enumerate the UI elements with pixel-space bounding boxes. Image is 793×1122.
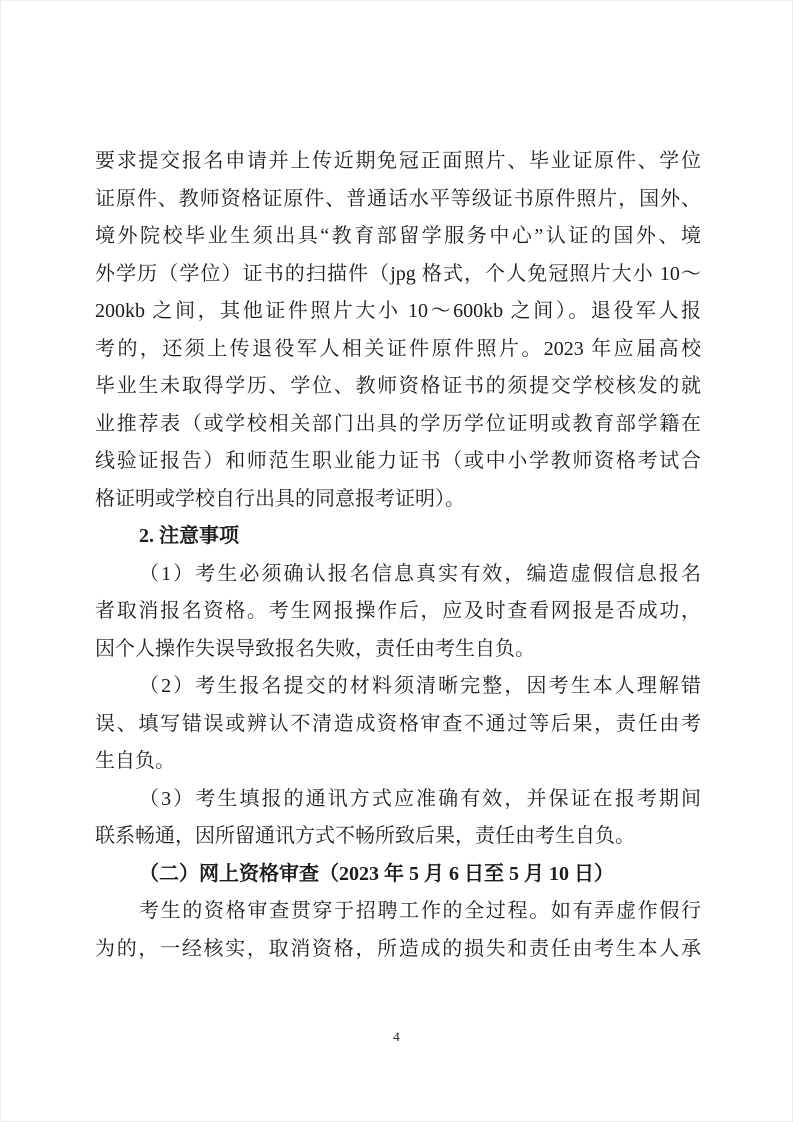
text-line: 200kb 之间，其他证件照片大小 10～600kb 之间）。退役军人报 [95, 293, 701, 331]
section-heading-notes: 2. 注意事项 [95, 518, 701, 556]
text-line: 误、填写错误或辨认不清造成资格审查不通过等后果，责任由考 [95, 706, 701, 744]
text-line: 毕业生未取得学历、学位、教师资格证书的须提交学校核发的就 [95, 368, 701, 406]
text-line: 者取消报名资格。考生网报操作后，应及时查看网报是否成功， [95, 593, 701, 631]
text-line: 联系畅通，因所留通讯方式不畅所致后果，责任由考生自负。 [95, 818, 701, 856]
text-line: 线验证报告）和师范生职业能力证书（或中小学教师资格考试合 [95, 443, 701, 481]
text-line: 境外院校毕业生须出具“教育部留学服务中心”认证的国外、境 [95, 218, 701, 256]
document-page: { "theme": { "background": "#ffffff", "t… [0, 0, 793, 1122]
text-line: 格证明或学校自行出具的同意报考证明）。 [95, 481, 701, 519]
text-line: （3）考生填报的通讯方式应准确有效，并保证在报考期间 [95, 781, 701, 819]
document-text-block: 要求提交报名申请并上传近期免冠正面照片、毕业证原件、学位 证原件、教师资格证原件… [95, 143, 701, 968]
text-line: 生自负。 [95, 743, 701, 781]
text-line: （1）考生必须确认报名信息真实有效，编造虚假信息报名 [95, 556, 701, 594]
text-line: （2）考生报名提交的材料须清晰完整，因考生本人理解错 [95, 668, 701, 706]
section-heading-online-review: （二）网上资格审查（2023 年 5 月 6 日至 5 月 10 日） [95, 856, 701, 894]
text-line: 证原件、教师资格证原件、普通话水平等级证书原件照片，国外、 [95, 181, 701, 219]
text-line: 要求提交报名申请并上传近期免冠正面照片、毕业证原件、学位 [95, 143, 701, 181]
text-line: 为的，一经核实，取消资格，所造成的损失和责任由考生本人承 [95, 931, 701, 969]
text-line: 业推荐表（或学校相关部门出具的学历学位证明或教育部学籍在 [95, 406, 701, 444]
text-line: 考生的资格审查贯穿于招聘工作的全过程。如有弄虚作假行 [95, 893, 701, 931]
page-number: 4 [1, 1029, 792, 1045]
text-line: 外学历（学位）证书的扫描件（jpg 格式，个人免冠照片大小 10～ [95, 256, 701, 294]
text-line: 考的，还须上传退役军人相关证件原件照片。2023 年应届高校 [95, 331, 701, 369]
text-line: 因个人操作失误导致报名失败，责任由考生自负。 [95, 631, 701, 669]
